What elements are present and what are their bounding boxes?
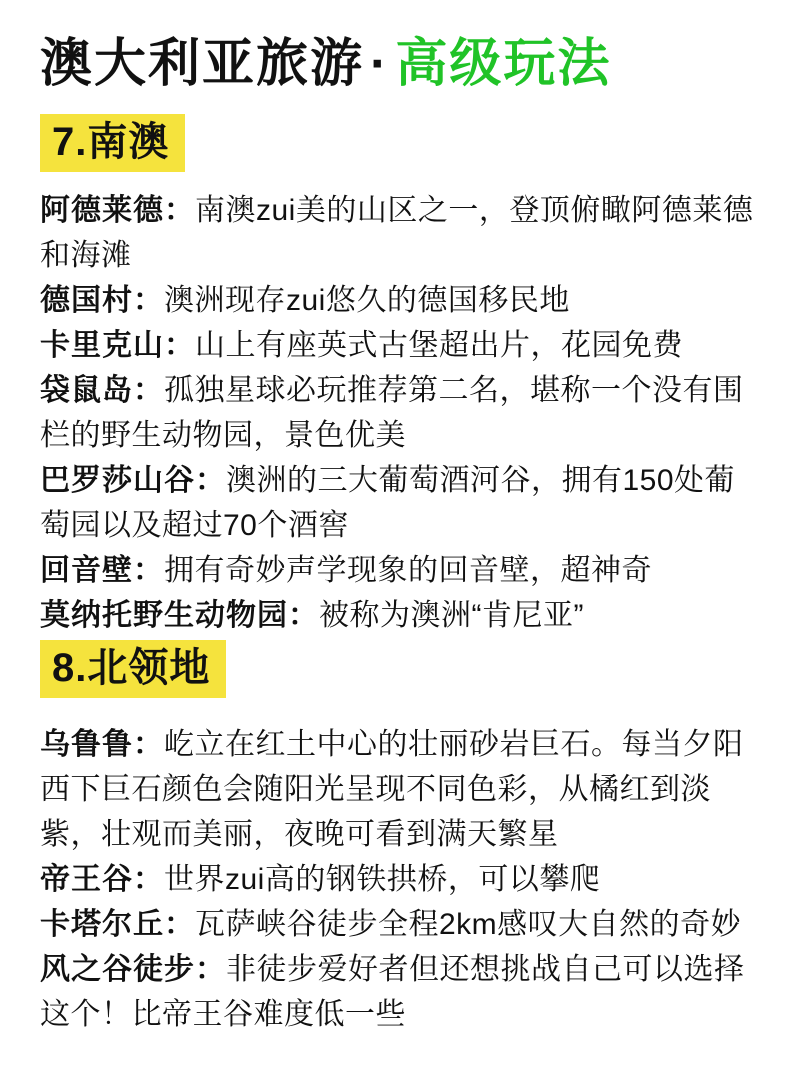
- poi-desc: 世界zui高的钢铁拱桥，可以攀爬: [164, 863, 600, 896]
- poi-item-kings-canyon: 帝王谷：世界zui高的钢铁拱桥，可以攀爬: [40, 857, 760, 902]
- section-list-northern-territory: 乌鲁鲁：屹立在红土中心的壮丽砂岩巨石。每当夕阳西下巨石颜色会随阳光呈现不同色彩，…: [40, 722, 760, 1037]
- poi-name: 德国村：: [40, 284, 164, 317]
- poi-desc: 山上有座英式古堡超出片，花园免费: [195, 329, 683, 362]
- poi-name: 巴罗莎山谷：: [40, 464, 226, 497]
- note-page: 澳大利亚旅游·高级玩法 7.南澳 阿德莱德：南澳zui美的山区之一，登顶俯瞰阿德…: [0, 0, 800, 1069]
- poi-name: 乌鲁鲁：: [40, 728, 164, 761]
- poi-name: 卡塔尔丘：: [40, 908, 195, 941]
- poi-desc: 瓦萨峡谷徒步全程2km感叹大自然的奇妙: [195, 908, 741, 941]
- page-title: 澳大利亚旅游·高级玩法: [40, 34, 760, 94]
- poi-item-whispering-wall: 回音壁：拥有奇妙声学现象的回音壁，超神奇: [40, 548, 760, 593]
- poi-name: 卡里克山：: [40, 329, 195, 362]
- poi-item-carrick-hill: 卡里克山：山上有座英式古堡超出片，花园免费: [40, 323, 760, 368]
- poi-desc: 拥有奇妙声学现象的回音壁，超神奇: [164, 554, 652, 587]
- poi-item-kata-tjuta: 卡塔尔丘：瓦萨峡谷徒步全程2km感叹大自然的奇妙: [40, 902, 760, 947]
- poi-item-monarto-safari-park: 莫纳托野生动物园：被称为澳洲“肯尼亚”: [40, 593, 760, 638]
- poi-item-german-village: 德国村：澳洲现存zui悠久的德国移民地: [40, 278, 760, 323]
- poi-item-valley-of-winds-hike: 风之谷徒步：非徒步爱好者但还想挑战自己可以选择这个！比帝王谷难度低一些: [40, 947, 760, 1037]
- poi-desc: 被称为澳洲“肯尼亚”: [319, 599, 584, 632]
- page-title-main: 澳大利亚旅游: [40, 35, 364, 93]
- section-tag-northern-territory: 8.北领地: [40, 640, 226, 698]
- poi-item-barossa-valley: 巴罗莎山谷：澳洲的三大葡萄酒河谷，拥有150处葡萄园以及超过70个酒窖: [40, 458, 760, 548]
- poi-desc: 澳洲现存zui悠久的德国移民地: [164, 284, 570, 317]
- poi-item-adelaide: 阿德莱德：南澳zui美的山区之一，登顶俯瞰阿德莱德和海滩: [40, 188, 760, 278]
- title-separator-dot: ·: [370, 35, 389, 93]
- section-tag-south-australia: 7.南澳: [40, 114, 185, 172]
- poi-name: 莫纳托野生动物园：: [40, 599, 319, 632]
- poi-name: 阿德莱德：: [40, 194, 195, 227]
- poi-name: 帝王谷：: [40, 863, 164, 896]
- page-title-accent: 高级玩法: [395, 35, 611, 93]
- poi-name: 袋鼠岛：: [40, 374, 164, 407]
- poi-item-kangaroo-island: 袋鼠岛：孤独星球必玩推荐第二名，堪称一个没有围栏的野生动物园，景色优美: [40, 368, 760, 458]
- poi-name: 风之谷徒步：: [40, 953, 226, 986]
- poi-name: 回音壁：: [40, 554, 164, 587]
- poi-item-uluru: 乌鲁鲁：屹立在红土中心的壮丽砂岩巨石。每当夕阳西下巨石颜色会随阳光呈现不同色彩，…: [40, 722, 760, 857]
- section-list-south-australia: 阿德莱德：南澳zui美的山区之一，登顶俯瞰阿德莱德和海滩 德国村：澳洲现存zui…: [40, 188, 760, 638]
